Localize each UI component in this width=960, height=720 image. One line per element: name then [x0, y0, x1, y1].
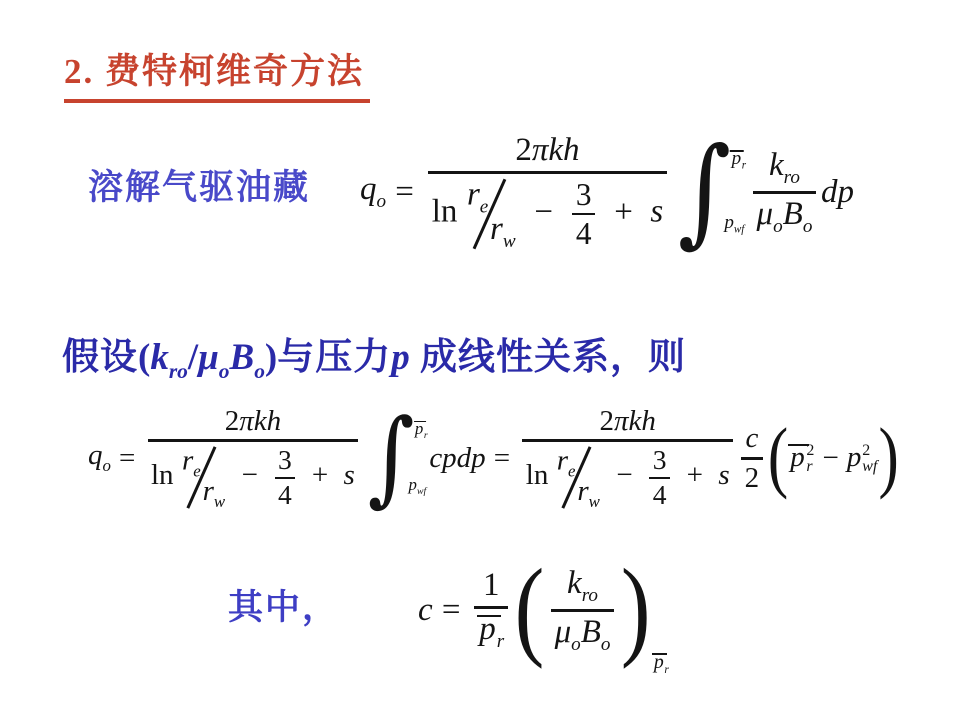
open-big-paren: ( — [515, 563, 545, 658]
sub-r: r — [424, 430, 428, 441]
denominator-ln-term: ln re rw − 3 4 + s — [522, 444, 733, 511]
where-label: 其中， — [228, 580, 339, 630]
close-paren: ) — [265, 337, 277, 378]
three-quarters: 3 4 — [275, 445, 295, 511]
integral-1: ∫ pr pwf — [678, 146, 746, 238]
numerator-2pikh: 2πkh — [596, 405, 659, 437]
plus-sign: + — [687, 459, 703, 491]
numerator-2pikh: 2πkh — [511, 132, 583, 169]
r-var: r — [577, 475, 588, 507]
fraction-bar — [474, 606, 508, 609]
sup-sub: 2wf — [862, 443, 877, 475]
equals-sign: = — [442, 592, 461, 629]
c-over-two: c 2 — [741, 422, 762, 494]
cpdp-integrand: cpdp — [429, 442, 485, 475]
digit-four: 4 — [649, 480, 669, 511]
sub-ro: ro — [582, 585, 598, 606]
fraction-bar — [148, 439, 359, 442]
q-var: q — [360, 171, 377, 207]
fraction-bar — [741, 457, 762, 460]
close-big-paren: ) — [878, 424, 898, 491]
pikh: πkh — [532, 132, 580, 168]
r-var: r — [182, 445, 193, 477]
denominator-ln-term: ln re rw − 3 4 + s — [148, 444, 359, 511]
sub-w: w — [214, 492, 225, 511]
plus-sign: + — [312, 459, 328, 491]
ln-operator: ln — [432, 194, 458, 230]
pbar-var: p — [789, 441, 805, 474]
plus-sign: + — [614, 194, 633, 230]
dp-differential: dp — [821, 174, 854, 211]
sup-sub: 2r — [806, 443, 814, 475]
sub-r: r — [806, 459, 814, 475]
upper-limit-pbar-r: pr — [731, 148, 751, 172]
fraction-bar — [572, 213, 595, 215]
ln-operator: ln — [151, 459, 174, 491]
solution-gas-drive-label: 溶解气驱油藏 — [88, 160, 310, 210]
r-var: r — [203, 475, 214, 507]
digit-two: 2 — [741, 462, 762, 494]
digit-three: 3 — [572, 177, 595, 212]
darcy-fraction-3: 2πkh ln re rw − 3 4 + s — [522, 405, 733, 511]
numerator-kro: kro — [563, 565, 602, 606]
open-paren: ( — [138, 337, 150, 378]
upper-limit-pbar-r: pr — [414, 419, 432, 441]
r-var: r — [467, 177, 480, 213]
pwf-squared: p2wf — [847, 441, 877, 475]
pbar-var: p — [653, 651, 664, 674]
sub-wf: wf — [734, 224, 744, 236]
sub-o: o — [601, 634, 611, 655]
fraction-bar — [428, 171, 667, 174]
darcy-fraction-2: 2πkh ln re rw − 3 4 + s — [148, 405, 359, 511]
equals-sign: = — [395, 174, 414, 211]
sub-r: r — [742, 160, 746, 172]
fraction-bar — [522, 439, 733, 442]
digit-one: 1 — [479, 567, 503, 604]
r-e: re — [467, 177, 488, 218]
sub-o: o — [803, 216, 813, 237]
sub-o: o — [571, 634, 581, 655]
r-var: r — [490, 211, 503, 247]
pikh: πkh — [239, 405, 281, 437]
k-var: k — [150, 337, 169, 378]
assumption-suffix: 成线性关系，则 — [410, 337, 686, 378]
pbar-var: p — [731, 148, 742, 170]
sup-two: 2 — [862, 443, 877, 459]
q-sub-o: o — [103, 457, 111, 476]
mu-var: μ — [555, 614, 572, 650]
ln-operator: ln — [526, 459, 549, 491]
digit-four: 4 — [275, 480, 295, 511]
mu-var: μ — [198, 337, 219, 378]
open-big-paren: ( — [768, 424, 788, 491]
fraction-bar — [551, 609, 615, 612]
pbar-var: p — [414, 419, 423, 439]
sub-w: w — [503, 231, 516, 252]
sub-w: w — [589, 492, 600, 511]
r-e: re — [557, 445, 576, 482]
B-var: B — [581, 614, 601, 650]
digit-four: 4 — [572, 216, 595, 251]
re-over-rw: re rw — [557, 444, 600, 511]
digit-two: 2 — [225, 405, 240, 437]
numerator-2pikh: 2πkh — [221, 405, 284, 437]
sub-r: r — [497, 631, 504, 652]
slash: / — [188, 337, 198, 378]
equals-sign: = — [494, 442, 510, 475]
p-var: p — [847, 441, 862, 473]
sub-wf: wf — [417, 486, 426, 497]
r-var: r — [557, 445, 568, 477]
q-var: q — [88, 439, 103, 471]
c-var: c — [418, 592, 433, 629]
digit-two: 2 — [515, 132, 532, 168]
r-e: re — [182, 445, 201, 482]
p-var: p — [724, 212, 734, 233]
denominator-pbar-r: pr — [474, 611, 508, 652]
q-sub-o: o — [377, 191, 387, 212]
re-over-rw: re rw — [467, 176, 516, 252]
B-var: B — [230, 337, 255, 378]
denominator-muB: μoBo — [551, 614, 615, 655]
sub-o: o — [773, 216, 783, 237]
formula-derivation: qo = 2πkh ln re rw − 3 4 + s — [88, 386, 900, 530]
denominator-muB: μoBo — [753, 196, 817, 237]
assumption-line: 假设(kro/μoBo)与压力p 成线性关系，则 — [62, 326, 686, 384]
pbar-var: p — [478, 611, 496, 648]
integral-icon: ∫ — [368, 411, 415, 504]
r-w: rw — [577, 475, 600, 512]
mu-var: μ — [757, 196, 774, 232]
var-q-o: qo — [88, 439, 111, 476]
sub-r: r — [664, 664, 668, 676]
pbar-r-squared: p2r — [789, 441, 814, 475]
sub-ro: ro — [169, 359, 188, 383]
three-quarters: 3 4 — [572, 177, 595, 251]
formula-rate-integral: qo = 2πkh ln re rw − 3 4 + s — [360, 108, 854, 276]
sub-o: o — [254, 359, 265, 383]
pikh: πkh — [614, 405, 656, 437]
minus-sign: − — [242, 459, 258, 491]
equals-sign: = — [119, 442, 135, 475]
digit-two: 2 — [599, 405, 614, 437]
darcy-fraction-1: 2πkh ln re rw − 3 4 + s — [428, 132, 667, 252]
sub-wf: wf — [862, 459, 877, 475]
slide-title: 2. 费特柯维奇方法 — [64, 44, 370, 103]
denominator-ln-term: ln re rw − 3 4 + s — [428, 176, 667, 252]
assumption-prefix: 假设 — [62, 337, 138, 378]
k-var: k — [567, 565, 582, 601]
slide-canvas: 2. 费特柯维奇方法 溶解气驱油藏 qo = 2πkh ln re rw − 3… — [0, 0, 960, 720]
re-over-rw: re rw — [182, 444, 225, 511]
minus-sign: − — [534, 194, 553, 230]
formula-c-definition: c = 1 pr ( kro μoBo ) pr — [418, 542, 669, 678]
B-var: B — [783, 196, 803, 232]
k-var: k — [769, 147, 784, 183]
three-quarters: 3 4 — [649, 445, 669, 511]
p-var: p — [391, 337, 410, 378]
skin-var: s — [344, 459, 355, 491]
skin-var: s — [650, 194, 663, 230]
sub-o: o — [219, 359, 230, 383]
assumption-mid: 与压力 — [277, 337, 391, 378]
lower-limit-pwf: pwf — [724, 212, 744, 236]
digit-three: 3 — [275, 445, 295, 476]
var-q-o: qo — [360, 171, 386, 213]
integral-2: ∫ pr pwf — [368, 418, 427, 499]
skin-var: s — [718, 459, 729, 491]
integral-icon: ∫ — [678, 139, 731, 245]
r-w: rw — [203, 475, 226, 512]
minus-sign: − — [616, 459, 632, 491]
kro-mobility-fraction: kro μoBo — [551, 565, 615, 655]
kro-mobility-fraction: kro μoBo — [753, 147, 817, 237]
fraction-bar — [753, 191, 817, 194]
evaluated-at-pbar-r: pr — [653, 651, 669, 676]
r-w: rw — [490, 211, 516, 252]
numerator-kro: kro — [765, 147, 804, 188]
close-big-paren: ) — [621, 563, 651, 658]
digit-three: 3 — [649, 445, 669, 476]
lower-limit-pwf: pwf — [409, 475, 427, 497]
sub-ro: ro — [784, 167, 800, 188]
minus-sign: − — [822, 442, 838, 475]
one-over-pbar: 1 pr — [474, 567, 508, 652]
c-var: c — [742, 422, 762, 454]
